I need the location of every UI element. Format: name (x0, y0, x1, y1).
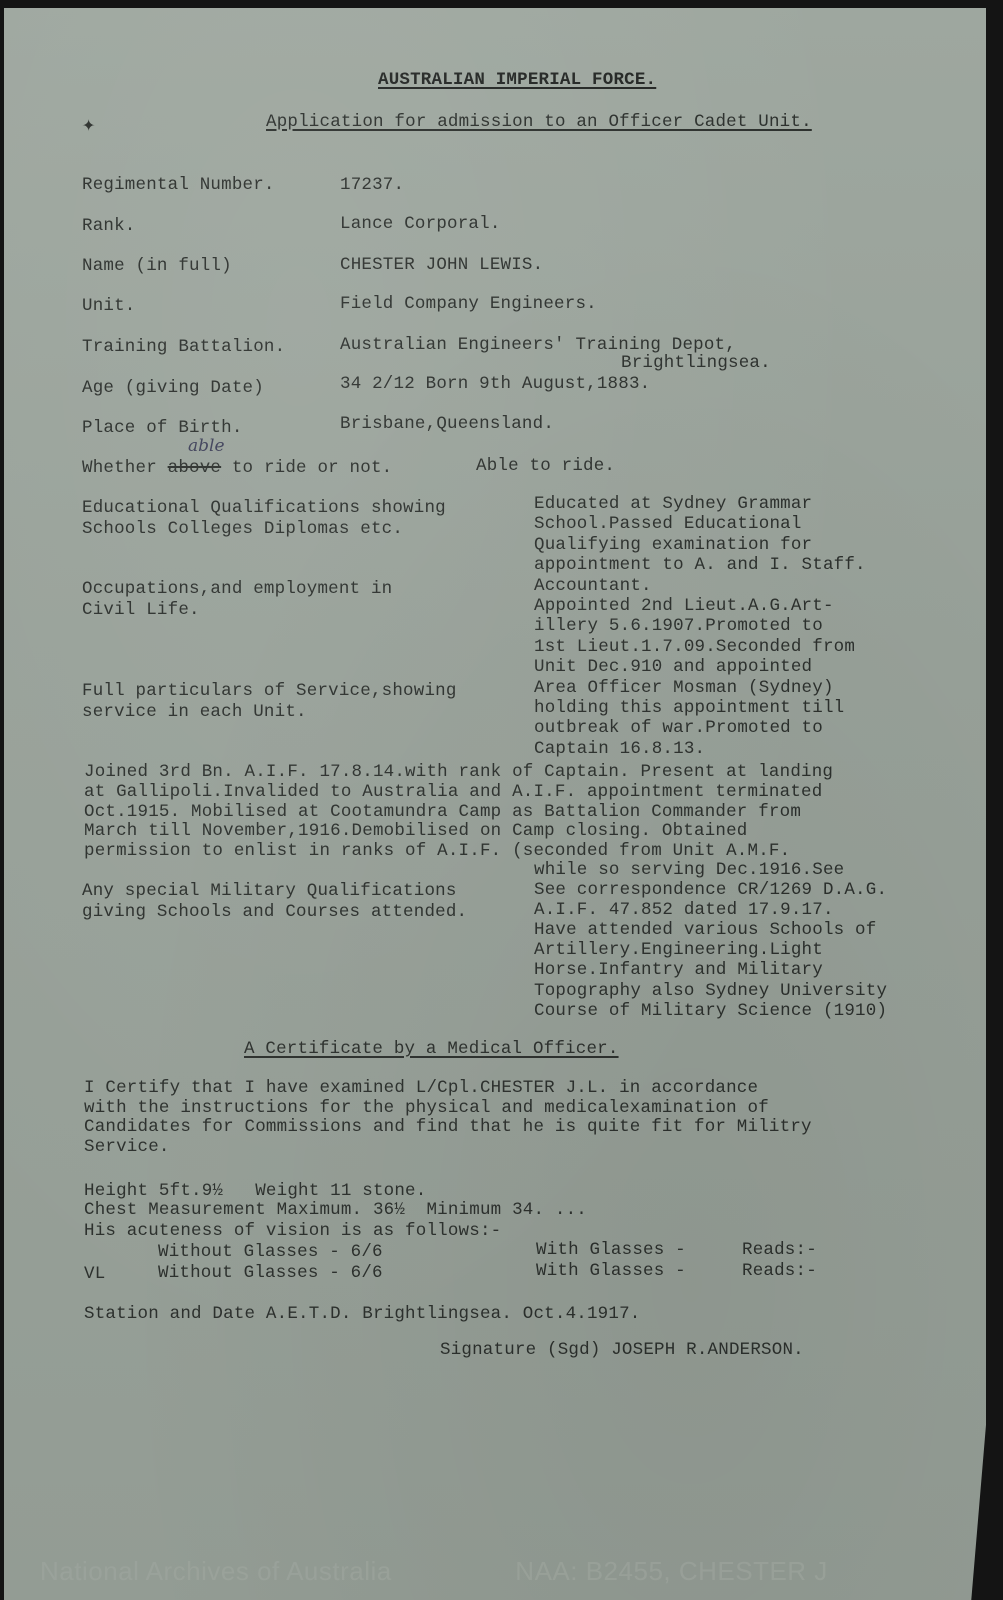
text-line: Have attended various Schools of (534, 920, 887, 940)
text-line: School.Passed Educational (534, 514, 866, 534)
text-line: Course of Military Science (1910) (534, 1001, 887, 1021)
document-page: AUSTRALIAN IMPERIAL FORCE. Application f… (4, 8, 986, 1600)
vision-without-1: Without Glasses - 6/6 (158, 1242, 383, 1263)
height-weight: Height 5ft.9½ Weight 11 stone. (84, 1181, 426, 1202)
regimental-number-label: Regimental Number. (82, 175, 275, 196)
text-line: at Gallipoli.Invalided to Australia and … (84, 783, 833, 803)
text-line: appointment to A. and I. Staff. (534, 555, 866, 575)
text-line: with the instructions for the physical a… (84, 1099, 812, 1119)
military-qualifications-text: while so serving Dec.1916.SeeSee corresp… (534, 860, 887, 1021)
text-line: Oct.1915. Mobilised at Cootamundra Camp … (84, 803, 833, 823)
vision-reads-2: Reads:- (742, 1261, 817, 1282)
unit-label: Unit. (82, 296, 136, 317)
text-line: 1st Lieut.1.7.09.Seconded from (534, 637, 866, 657)
handwritten-correction: able (188, 436, 225, 456)
punch-mark-icon: ✦ (82, 116, 95, 137)
medical-certificate-text: I Certify that I have examined L/Cpl.CHE… (84, 1079, 812, 1157)
text-line: March till November,1916.Demobilised on … (84, 822, 833, 842)
name-label: Name (in full) (82, 256, 232, 277)
text-line: Topography also Sydney University (534, 981, 887, 1001)
text-line: Horse.Infantry and Military (534, 960, 887, 980)
text-line: I Certify that I have examined L/Cpl.CHE… (84, 1079, 812, 1099)
vision-intro: His acuteness of vision is as follows:- (84, 1221, 501, 1242)
medical-heading: A Certificate by a Medical Officer. (244, 1039, 619, 1060)
station-date: Station and Date A.E.T.D. Brightlingsea.… (84, 1304, 641, 1325)
unit-value: Field Company Engineers. (340, 294, 597, 315)
vision-reads-1: Reads:- (742, 1240, 817, 1261)
text-line: Area Officer Mosman (Sydney) (534, 678, 866, 698)
text-line: outbreak of war.Promoted to (534, 718, 866, 738)
ride-label: Whether above to ride or not. (82, 458, 392, 479)
chest-measurement: Chest Measurement Maximum. 36½ Minimum 3… (84, 1200, 587, 1221)
text-line: A.I.F. 47.852 dated 17.9.17. (534, 900, 887, 920)
text-line: See correspondence CR/1269 D.A.G. (534, 880, 887, 900)
place-of-birth-value: Brisbane,Queensland. (340, 414, 554, 435)
rank-value: Lance Corporal. (340, 214, 501, 235)
regimental-number-value: 17237. (340, 175, 404, 196)
text-line: Joined 3rd Bn. A.I.F. 17.8.14.with rank … (84, 763, 833, 783)
text-line: while so serving Dec.1916.See (534, 860, 887, 880)
text-line: Unit Dec.910 and appointed (534, 657, 866, 677)
name-value: CHESTER JOHN LEWIS. (340, 255, 543, 276)
document-subtitle: Application for admission to an Officer … (266, 112, 812, 133)
occupation-label: Occupations,and employment in Civil Life… (82, 579, 392, 620)
service-label: Full particulars of Service,showing serv… (82, 681, 457, 722)
signature: Signature (Sgd) JOSEPH R.ANDERSON. (440, 1340, 804, 1361)
text-line: Service. (84, 1138, 812, 1158)
service-history-text: Joined 3rd Bn. A.I.F. 17.8.14.with rank … (84, 763, 833, 862)
age-label: Age (giving Date) (82, 378, 264, 399)
text-line: permission to enlist in ranks of A.I.F. … (84, 842, 833, 862)
text-line: Accountant. (534, 576, 866, 596)
vision-with-1: With Glasses - (536, 1240, 686, 1261)
struck-word: above (168, 458, 222, 478)
text-line: Candidates for Commissions and find that… (84, 1118, 812, 1138)
text-line: holding this appointment till (534, 698, 866, 718)
vision-without-2: Without Glasses - 6/6 (158, 1263, 383, 1284)
training-battalion-value-line2: Brightlingsea. (621, 353, 771, 374)
training-battalion-label: Training Battalion. (82, 337, 285, 358)
text-line: Qualifying examination for (534, 535, 866, 555)
archive-watermark: National Archives of Australia NAA: B245… (40, 1556, 828, 1587)
education-label: Educational Qualifications showing Schoo… (82, 498, 446, 539)
rank-label: Rank. (82, 216, 136, 237)
vision-with-2: With Glasses - (536, 1261, 686, 1282)
text-line: illery 5.6.1907.Promoted to (534, 616, 866, 636)
military-qualifications-label: Any special Military Qualifications givi… (82, 881, 467, 922)
text-line: Appointed 2nd Lieut.A.G.Art- (534, 596, 866, 616)
age-value: 34 2/12 Born 9th August,1883. (340, 374, 650, 395)
text-line: Educated at Sydney Grammar (534, 494, 866, 514)
text-line: Captain 16.8.13. (534, 739, 866, 759)
text-line: Artillery.Engineering.Light (534, 940, 887, 960)
ride-value: Able to ride. (476, 456, 615, 477)
document-title: AUSTRALIAN IMPERIAL FORCE. (378, 70, 656, 91)
qualifications-text: Educated at Sydney GrammarSchool.Passed … (534, 494, 866, 759)
vision-prefix-2: VL (84, 1264, 105, 1285)
